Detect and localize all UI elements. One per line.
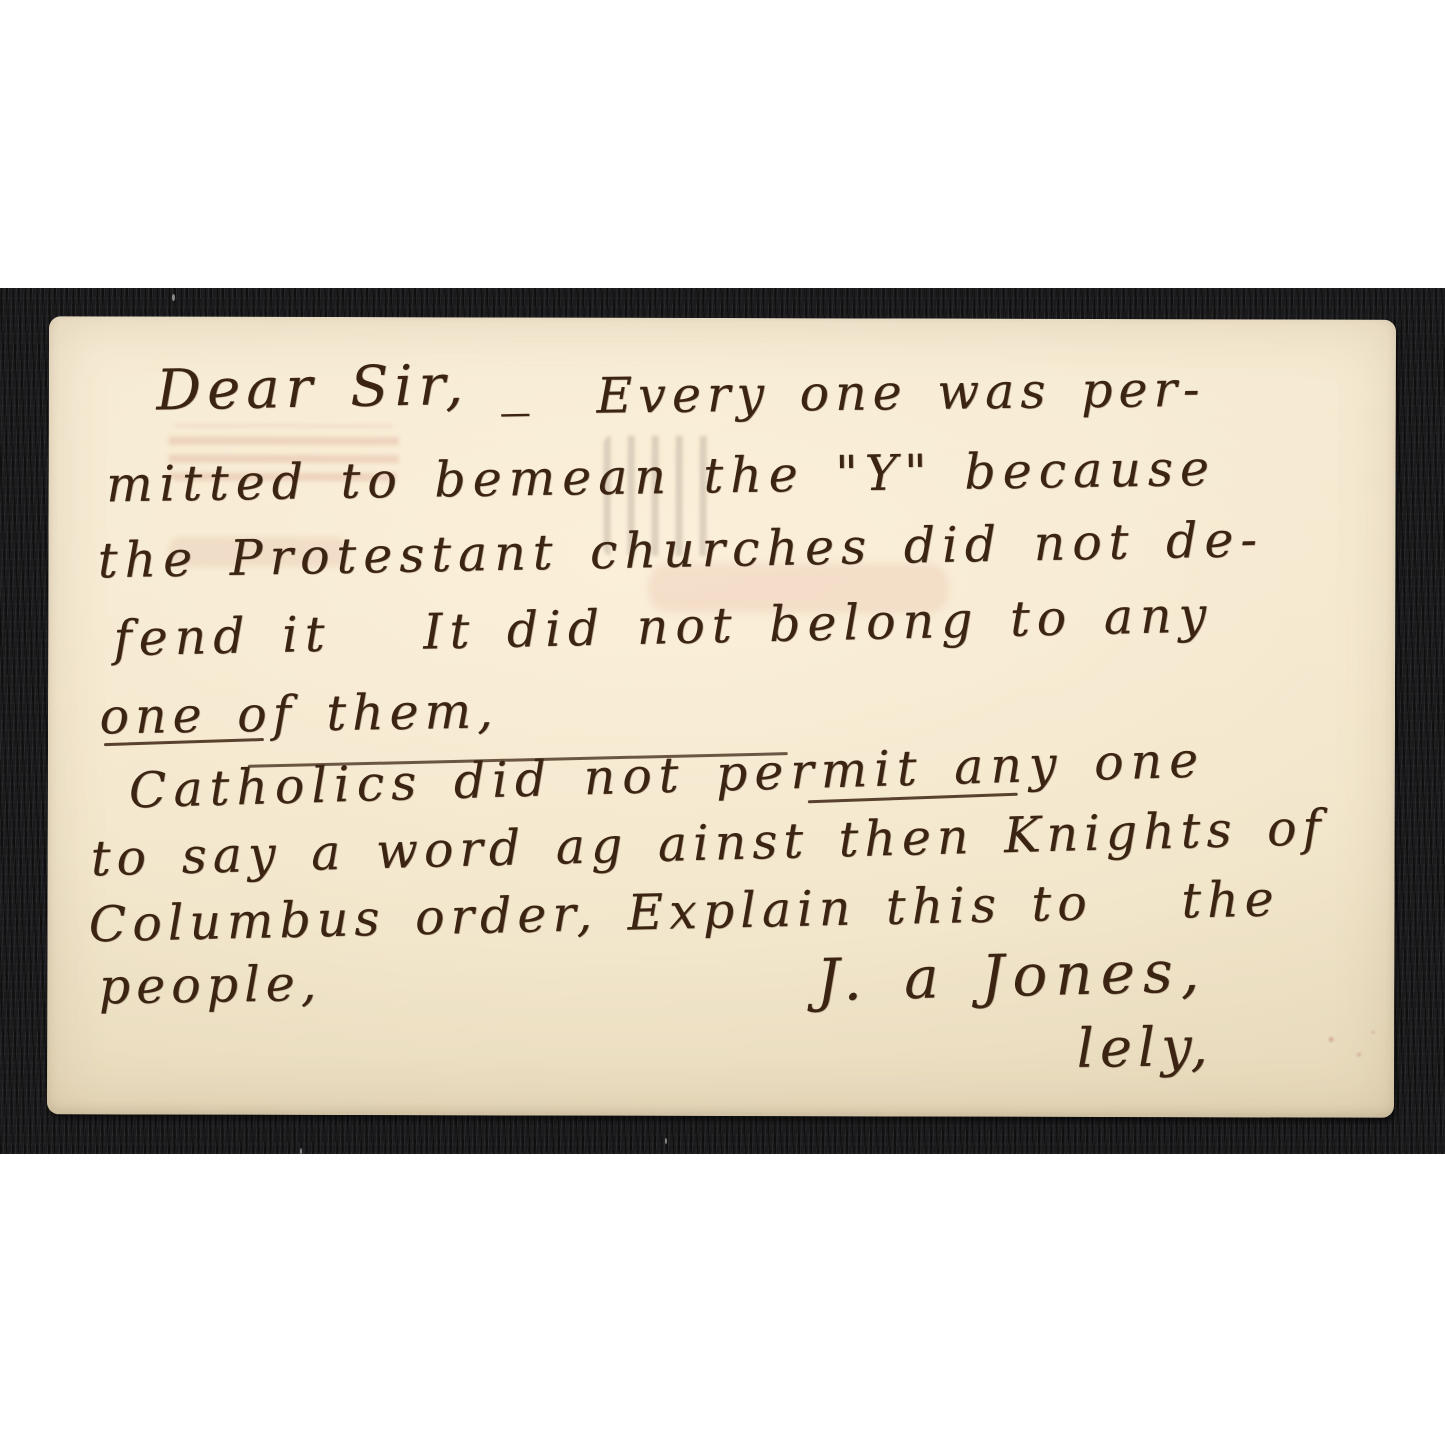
fabric-fleck: [300, 1148, 302, 1155]
black-fabric-background: Dear Sir, _ Every one was per- mitted to…: [0, 288, 1445, 1154]
handwriting-line: fend it It did not belong to any: [113, 586, 1214, 667]
handwriting-line: mitted to bemean the "Y" because: [106, 440, 1217, 513]
handwritten-postcard: Dear Sir, _ Every one was per- mitted to…: [47, 316, 1396, 1118]
handwriting-line: the Protestant churches did not de-: [97, 511, 1264, 589]
handwriting-line: one of them,: [99, 682, 499, 745]
fabric-fleck: [665, 1138, 667, 1144]
salutation-text: Dear Sir, _: [156, 352, 536, 424]
handwriting-line: Every one was per-: [596, 361, 1206, 425]
signature-closing: lely,: [1076, 1015, 1214, 1080]
signature-name: J. a Jones,: [816, 937, 1208, 1014]
handwriting-line: people,: [98, 955, 322, 1015]
ink-specks: [1317, 1020, 1387, 1070]
fabric-fleck: [172, 294, 175, 301]
